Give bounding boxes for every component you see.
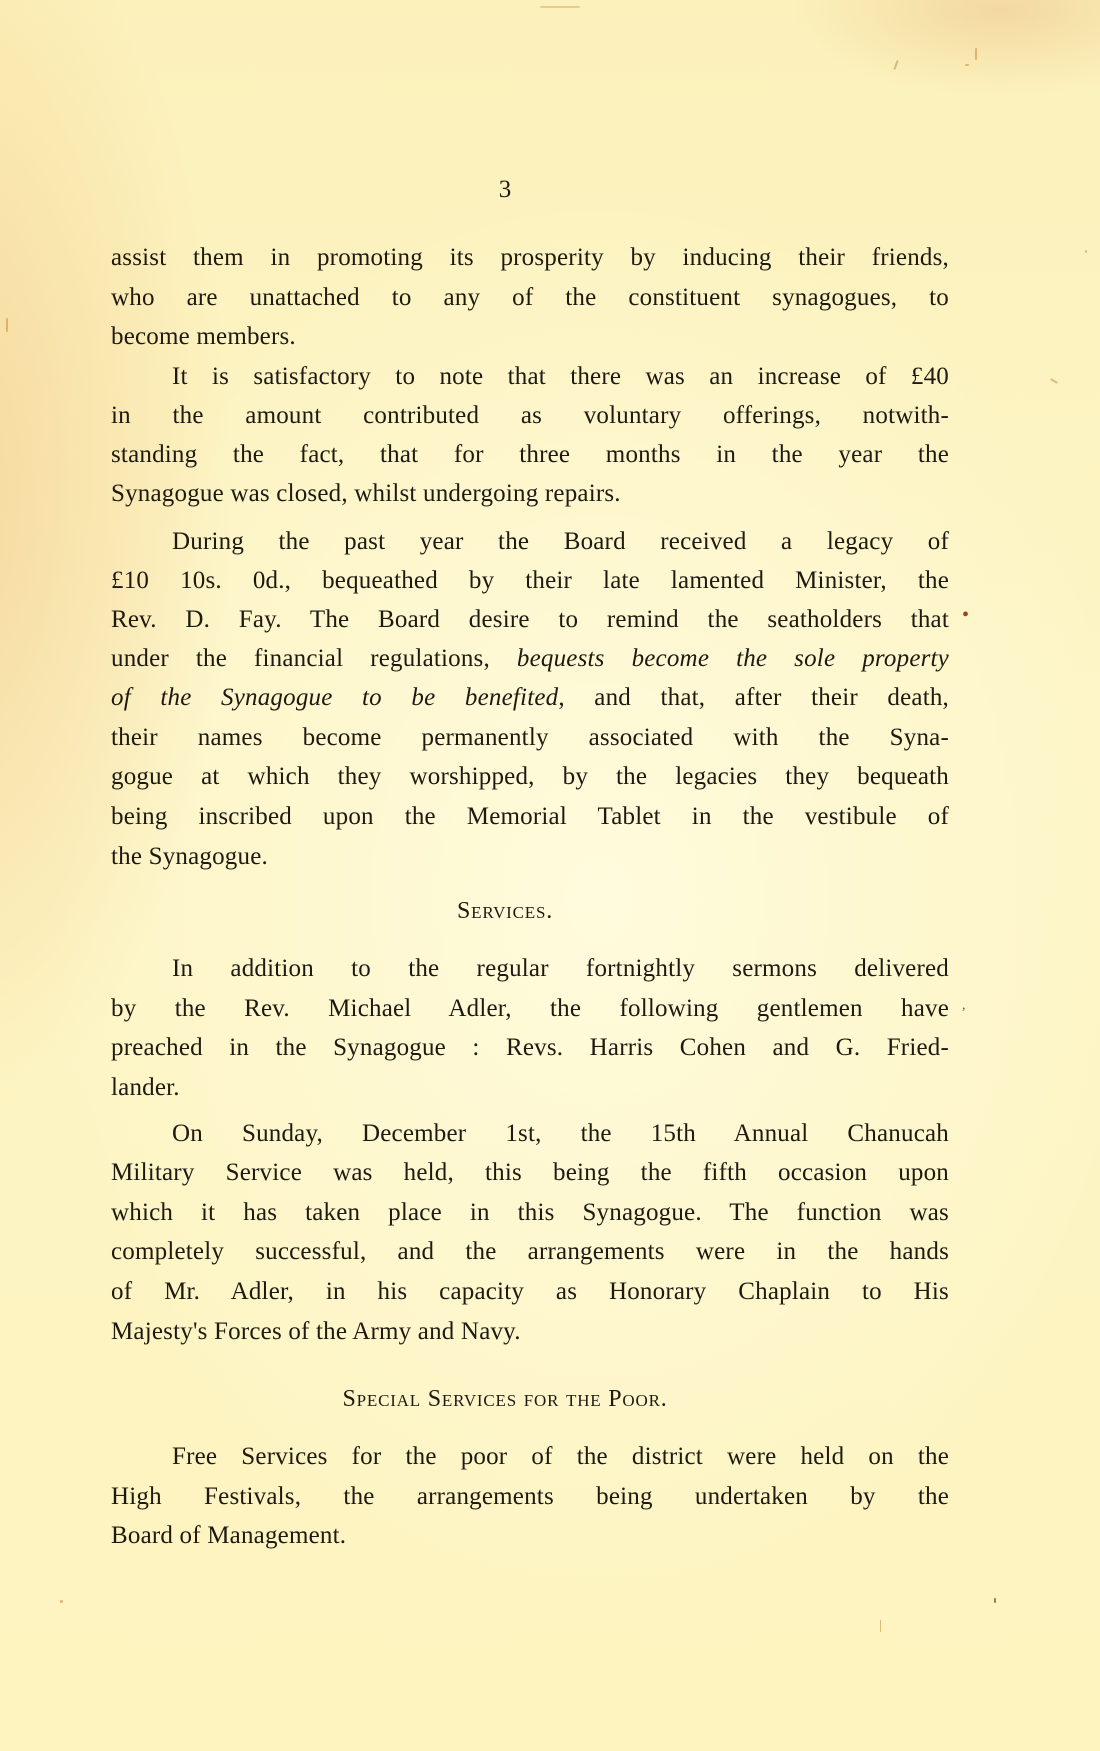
body-line-mixed: of the Synagogue to be benefited, and th… [111, 683, 949, 713]
body-line: by the Rev. Michael Adler, the following… [111, 994, 949, 1024]
body-line-mixed: under the financial regulations, bequest… [111, 644, 949, 674]
body-line: who are unattached to any of the constit… [111, 283, 949, 313]
body-line: £10 10s. 0d., bequeathed by their late l… [111, 566, 949, 596]
paper-fleck [975, 48, 977, 60]
paper-fleck [880, 1620, 881, 1632]
body-line: Board of Management. [111, 1521, 949, 1551]
body-line: On Sunday, December 1st, the 15th Annual… [172, 1119, 949, 1149]
body-line: of Mr. Adler, in his capacity as Honorar… [111, 1277, 949, 1307]
body-line: During the past year the Board received … [172, 527, 949, 557]
body-line: High Festivals, the arrangements being u… [111, 1482, 949, 1512]
margin-dot: • [962, 604, 969, 627]
section-heading-services: Services. [0, 898, 1010, 925]
paper-fleck [540, 6, 580, 8]
body-line: Synagogue was closed, whilst undergoing … [111, 479, 949, 509]
body-line: Rev. D. Fay. The Board desire to remind … [111, 605, 949, 635]
body-line: gogue at which they worshipped, by the l… [111, 762, 949, 792]
body-line: Majesty's Forces of the Army and Navy. [111, 1317, 949, 1347]
emphasis-text: bequests become the sole property [517, 645, 949, 672]
paper-fleck [1050, 378, 1058, 384]
body-line: lander. [111, 1073, 949, 1103]
document-page: 3 assist them in promoting its prosperit… [0, 0, 1100, 1751]
page-number: 3 [0, 176, 1010, 204]
body-line: assist them in promoting its prosperity … [111, 243, 949, 273]
paper-fleck [994, 1598, 996, 1603]
body-line: Free Services for the poor of the distri… [172, 1442, 949, 1472]
body-line: It is satisfactory to note that there wa… [172, 362, 949, 392]
body-line: being inscribed upon the Memorial Tablet… [111, 802, 949, 832]
paper-fleck [6, 318, 8, 332]
body-line: become members. [111, 322, 949, 352]
body-line: the Synagogue. [111, 842, 949, 872]
paper-fleck [893, 60, 898, 70]
body-line: completely successful, and the arrangeme… [111, 1237, 949, 1267]
paper-fleck [1085, 250, 1087, 253]
paper-fleck [60, 1600, 63, 1603]
section-heading-special-services: Special Services for the Poor. [0, 1386, 1010, 1413]
body-line: Military Service was held, this being th… [111, 1158, 949, 1188]
body-line: In addition to the regular fortnightly s… [172, 954, 949, 984]
body-line: which it has taken place in this Synagog… [111, 1198, 949, 1228]
margin-dot: , [962, 998, 966, 1014]
emphasis-text: of the Synagogue to be benefited [111, 684, 558, 711]
paper-fleck [965, 64, 969, 66]
body-text: , and that, after their death, [558, 684, 949, 711]
body-line: preached in the Synagogue : Revs. Harris… [111, 1033, 949, 1063]
body-text: under the financial regulations, [111, 645, 517, 672]
body-line: in the amount contributed as voluntary o… [111, 401, 949, 431]
body-line: their names become permanently associate… [111, 723, 949, 753]
body-line: standing the fact, that for three months… [111, 440, 949, 470]
